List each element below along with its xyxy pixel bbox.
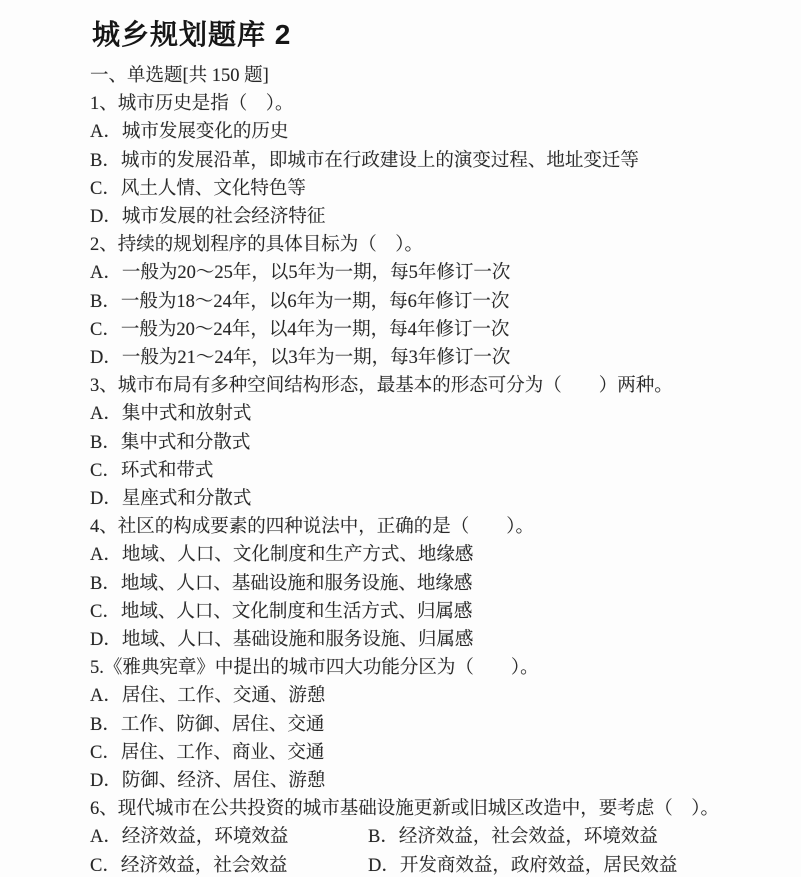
question-6-option-row-1: A．经济效益，环境效益 B．经济效益，社会效益，环境效益	[90, 823, 783, 851]
question-1-option-a: A．城市发展变化的历史	[90, 118, 783, 146]
question-6-option-a: A．经济效益，环境效益	[90, 823, 368, 851]
question-2-option-a: A．一般为20～25年，以5年为一期，每5年修订一次	[90, 259, 783, 287]
question-3-option-a: A．集中式和放射式	[90, 400, 783, 428]
question-1-option-c: C．风土人情、文化特色等	[90, 175, 783, 203]
question-6-option-row-2: C．经济效益，社会效益 D．开发商效益，政府效益，居民效益	[90, 852, 783, 877]
section-header: 一、单选题[共 150 题]	[90, 62, 783, 90]
question-4-stem: 4、社区的构成要素的四种说法中，正确的是（ ）。	[90, 513, 783, 541]
question-1-stem: 1、城市历史是指（ ）。	[90, 90, 783, 118]
document-page: 城乡规划题库 2 一、单选题[共 150 题] 1、城市历史是指（ ）。 A．城…	[0, 0, 801, 877]
question-4-option-c: C．地域、人口、文化制度和生活方式、归属感	[90, 598, 783, 626]
question-5-option-a: A．居住、工作、交通、游憩	[90, 682, 783, 710]
question-2-option-b: B．一般为18～24年，以6年为一期，每6年修订一次	[90, 288, 783, 316]
question-3-option-b: B．集中式和分散式	[90, 429, 783, 457]
question-1-option-d: D．城市发展的社会经济特征	[90, 203, 783, 231]
document-title: 城乡规划题库 2	[92, 16, 783, 53]
question-5-option-c: C．居住、工作、商业、交通	[90, 739, 783, 767]
question-5-stem: 5.《雅典宪章》中提出的城市四大功能分区为（ ）。	[90, 654, 783, 682]
question-6-option-c: C．经济效益，社会效益	[90, 852, 368, 877]
question-3: 3、城市布局有多种空间结构形态，最基本的形态可分为（ ）两种。 A．集中式和放射…	[90, 372, 783, 513]
question-2-option-c: C．一般为20～24年，以4年为一期，每4年修订一次	[90, 316, 783, 344]
question-3-stem: 3、城市布局有多种空间结构形态，最基本的形态可分为（ ）两种。	[90, 372, 783, 400]
question-6-option-d: D．开发商效益，政府效益，居民效益	[368, 852, 783, 877]
question-5-option-d: D．防御、经济、居住、游憩	[90, 767, 783, 795]
question-4-option-a: A．地域、人口、文化制度和生产方式、地缘感	[90, 541, 783, 569]
question-4-option-d: D．地域、人口、基础设施和服务设施、归属感	[90, 626, 783, 654]
question-2-stem: 2、持续的规划程序的具体目标为（ ）。	[90, 231, 783, 259]
question-4-option-b: B．地域、人口、基础设施和服务设施、地缘感	[90, 570, 783, 598]
question-4: 4、社区的构成要素的四种说法中，正确的是（ ）。 A．地域、人口、文化制度和生产…	[90, 513, 783, 654]
question-3-option-d: D．星座式和分散式	[90, 485, 783, 513]
question-3-option-c: C．环式和带式	[90, 457, 783, 485]
question-6: 6、现代城市在公共投资的城市基础设施更新或旧城区改造中，要考虑（ ）。 A．经济…	[90, 795, 783, 877]
question-5: 5.《雅典宪章》中提出的城市四大功能分区为（ ）。 A．居住、工作、交通、游憩 …	[90, 654, 783, 795]
question-1-option-b: B．城市的发展沿革，即城市在行政建设上的演变过程、地址变迁等	[90, 147, 783, 175]
question-2-option-d: D．一般为21～24年，以3年为一期，每3年修订一次	[90, 344, 783, 372]
question-5-option-b: B．工作、防御、居住、交通	[90, 711, 783, 739]
question-6-option-b: B．经济效益，社会效益，环境效益	[368, 823, 783, 851]
question-1: 1、城市历史是指（ ）。 A．城市发展变化的历史 B．城市的发展沿革，即城市在行…	[90, 90, 783, 231]
question-6-stem: 6、现代城市在公共投资的城市基础设施更新或旧城区改造中，要考虑（ ）。	[90, 795, 783, 823]
question-2: 2、持续的规划程序的具体目标为（ ）。 A．一般为20～25年，以5年为一期，每…	[90, 231, 783, 372]
